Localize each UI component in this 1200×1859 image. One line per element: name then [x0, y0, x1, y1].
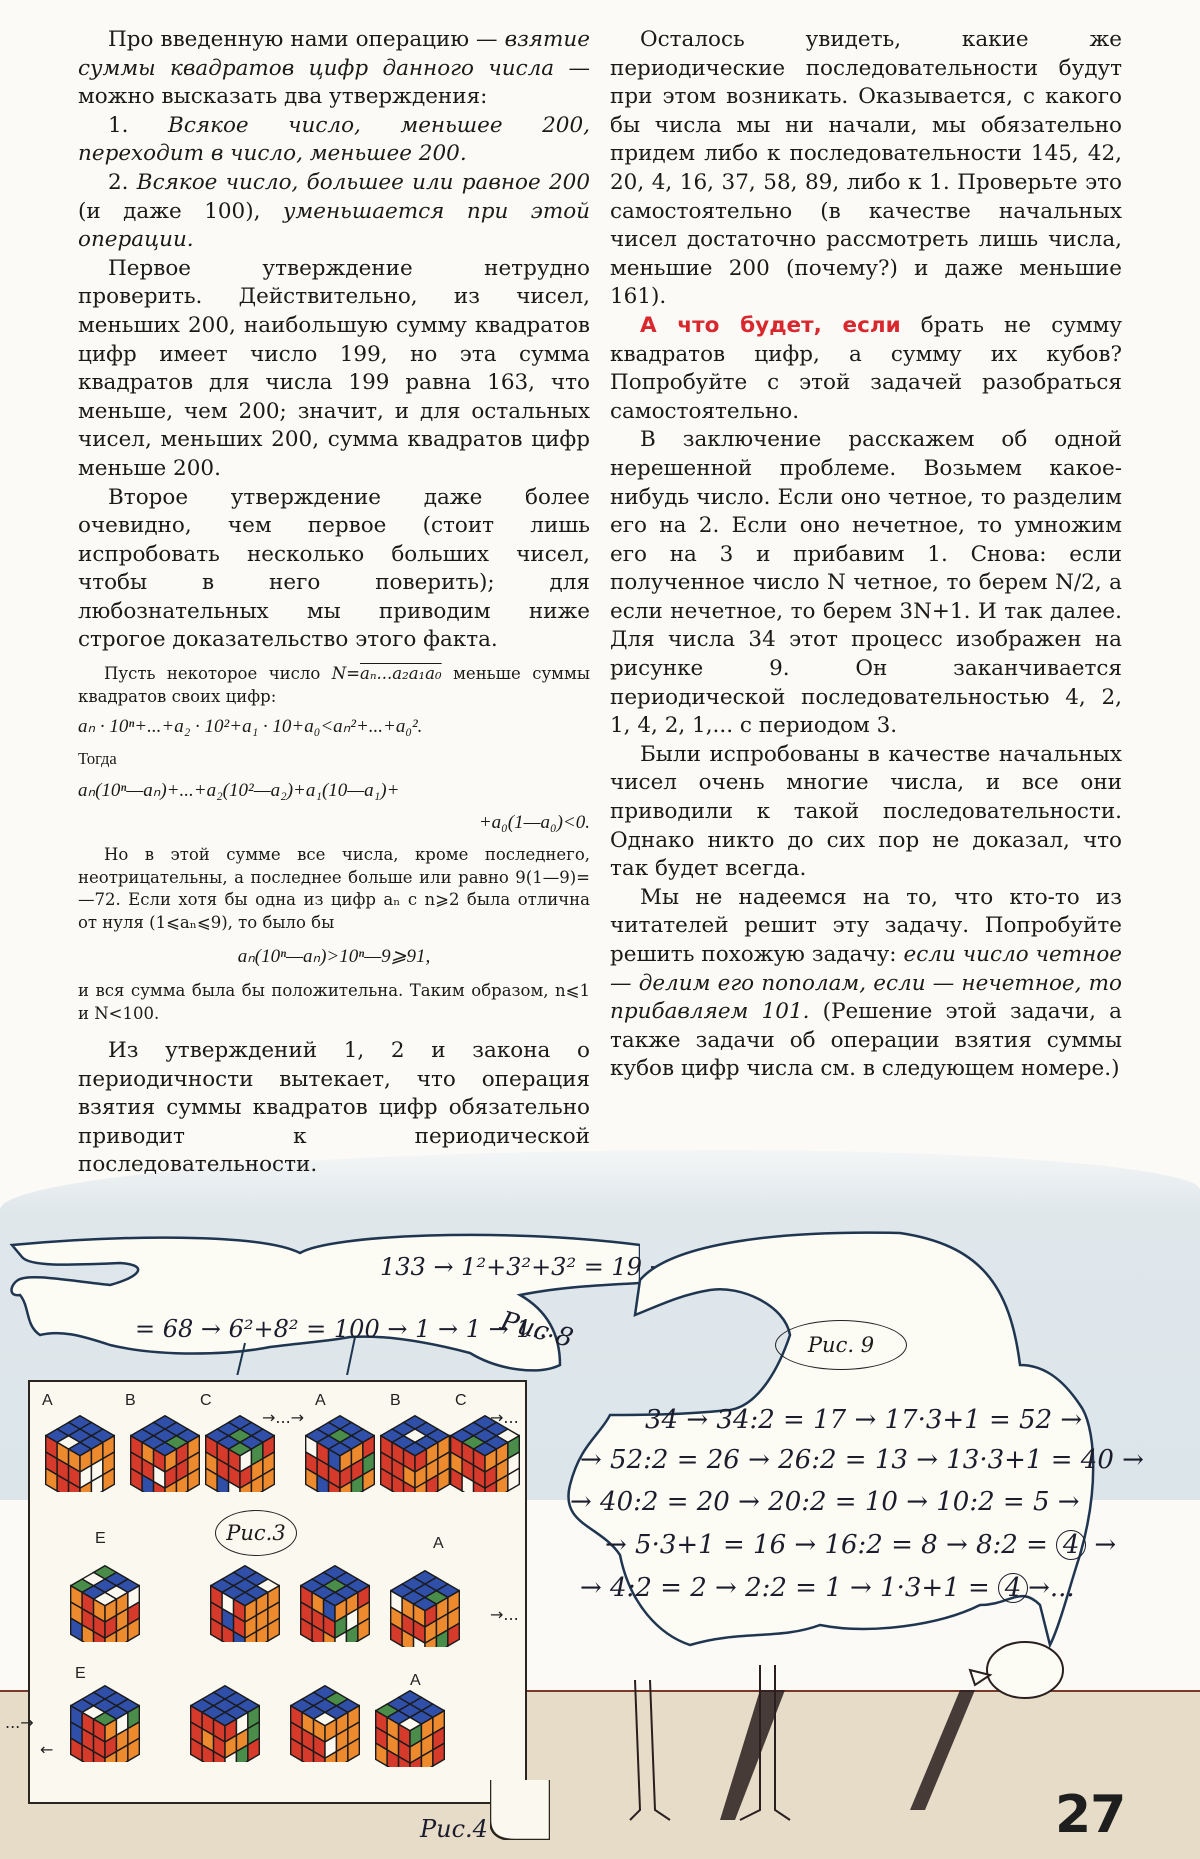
rubiks-cube-icon — [190, 1680, 260, 1762]
fig4-continuation-arrow: →... — [490, 1605, 519, 1624]
cube-label: B — [390, 1392, 401, 1410]
cube-label: E — [75, 1665, 86, 1683]
fig4-lead-arrow: ...→ — [5, 1713, 34, 1732]
cubes-question-paragraph: А что будет, если брать не сумму квадрат… — [610, 312, 1122, 426]
formula-rearranged-2: +a₀(1—a₀)<0. — [78, 810, 590, 836]
fig9-line-3: → 40:2 = 20 → 20:2 = 10 → 10:2 = 5 → — [570, 1487, 1080, 1517]
statement-2: 2. Всякое число, большее или равное 200 … — [78, 169, 590, 255]
cube-label: C — [455, 1392, 467, 1410]
fig4-caption: Рис.4 — [420, 1815, 488, 1843]
fig4-back-arrow: ← — [40, 1740, 53, 1759]
cube-label: E — [95, 1530, 106, 1548]
circled-value: 4 — [998, 1573, 1028, 1603]
proof-block: Пусть некоторое число N=aₙ...a₂a₁a₀ мень… — [78, 663, 590, 1025]
unsolved-problem-paragraph: В заключение расскажем об одной нерешенн… — [610, 426, 1122, 741]
rubiks-cube-icon — [300, 1560, 370, 1642]
right-column: Осталось увидеть, какие же периодические… — [610, 26, 1122, 1084]
rubiks-cube-icon — [210, 1560, 280, 1642]
figure-9: Рис. 9 34 → 34:2 = 17 → 17·3+1 = 52 → → … — [540, 1225, 1140, 1655]
rubiks-cube-icon — [70, 1680, 140, 1762]
formula-inequality: aₙ · 10ⁿ+...+a₂ · 10²+a₁ · 10+a₀<aₙ²+...… — [78, 714, 590, 740]
circled-value: 4 — [1056, 1530, 1086, 1560]
cube-label: A — [42, 1392, 53, 1410]
similar-problem-paragraph: Мы не надеемся на то, что кто-то из чита… — [610, 884, 1122, 1084]
highlight-heading: А что будет, если — [640, 313, 901, 338]
rubiks-cube-icon — [375, 1685, 445, 1767]
cube-label: A — [433, 1535, 444, 1553]
fig9-line-4: → 5·3+1 = 16 → 16:2 = 8 → 8:2 = 4 → — [605, 1530, 1116, 1560]
fig3-caption: Рис.3 — [215, 1510, 297, 1556]
proof-intro: Пусть некоторое число N=aₙ...a₂a₁a₀ мень… — [78, 663, 590, 708]
fig9-line-5: → 4:2 = 2 → 2:2 = 1 → 1·3+1 = 4→... — [580, 1573, 1075, 1603]
fig3-continuation-arrow: →... — [490, 1408, 519, 1427]
periodicity-conclusion: Из утверждений 1, 2 и закона о периодичн… — [78, 1037, 590, 1180]
rubiks-cube-icon — [130, 1410, 200, 1492]
page-number: 27 — [1055, 1785, 1125, 1845]
tested-numbers-paragraph: Были испробованы в качестве начальных чи… — [610, 741, 1122, 884]
rubiks-cube-icon — [290, 1680, 360, 1762]
fig9-line-2: → 52:2 = 26 → 26:2 = 13 → 13·3+1 = 40 → — [580, 1445, 1144, 1475]
intro-paragraph: Про введенную нами операцию — взятие сум… — [78, 26, 590, 112]
cube-label: A — [315, 1392, 326, 1410]
statement-1: 1. Всякое число, меньшее 200, переходит … — [78, 112, 590, 169]
formula-bound: aₙ(10ⁿ—aₙ)>10ⁿ—9⩾91, — [78, 944, 590, 970]
second-statement-paragraph: Второе утверждение даже более очевидно, … — [78, 484, 590, 656]
rubiks-cube-icon — [45, 1410, 115, 1492]
rubiks-cube-icon — [390, 1565, 460, 1647]
rubiks-cube-icon — [70, 1560, 140, 1642]
rubiks-cube-icon — [305, 1410, 375, 1492]
fig8-line2: = 68 → 6²+8² = 100 → 1 → 1 → 1... — [135, 1315, 555, 1343]
proof-conclusion: и вся сумма была бы положительна. Таким … — [78, 980, 590, 1025]
periodic-sequences-paragraph: Осталось увидеть, какие же периодические… — [610, 26, 1122, 312]
fig3-gap-arrow: →...→ — [262, 1408, 304, 1427]
fig9-line-1: 34 → 34:2 = 17 → 17·3+1 = 52 → — [645, 1405, 1082, 1435]
cube-label: B — [125, 1392, 136, 1410]
formula-rearranged-1: aₙ(10ⁿ—aₙ)+...+a₂(10²—a₂)+a₁(10—a₁)+ — [78, 778, 590, 804]
cube-label: C — [200, 1392, 212, 1410]
left-column: Про введенную нами операцию — взятие сум… — [78, 26, 590, 1180]
proof-then: Тогда — [78, 746, 590, 772]
panel-tab-icon — [490, 1780, 550, 1840]
cube-label: A — [410, 1672, 421, 1690]
proof-argument: Но в этой сумме все числа, кроме последн… — [78, 844, 590, 934]
rubiks-cube-icon — [380, 1410, 450, 1492]
fig9-caption: Рис. 9 — [775, 1320, 907, 1370]
first-statement-proof: Первое утверждение нетрудно проверить. Д… — [78, 255, 590, 484]
